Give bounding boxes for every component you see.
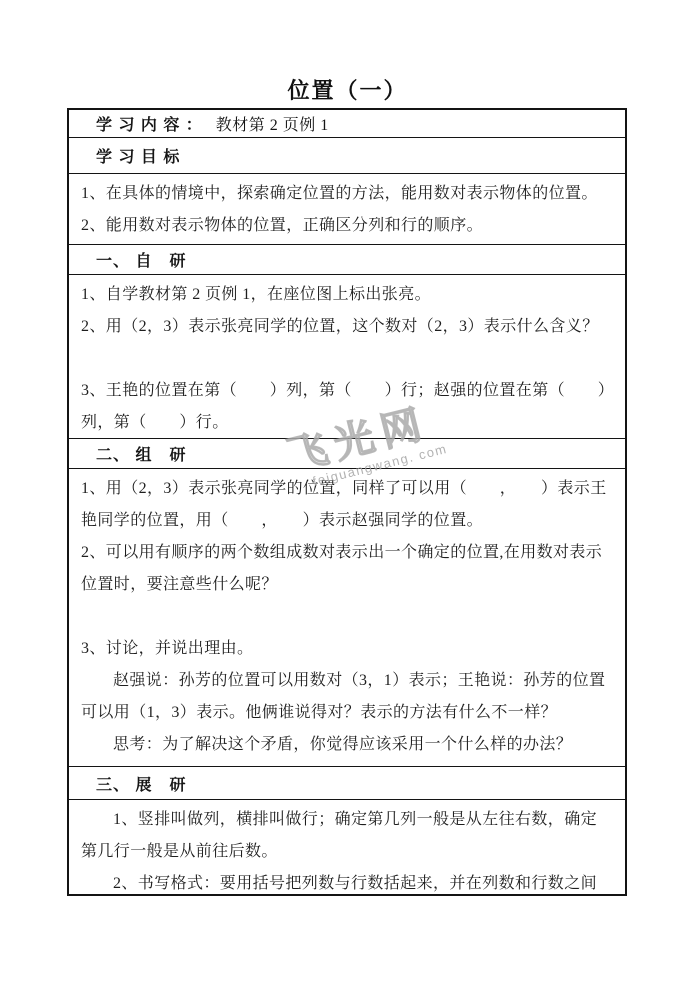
section3-header-label: 三、 展 研: [96, 772, 186, 795]
learning-goal-header-label: 学 习 目 标: [96, 144, 180, 167]
section1-item-3: 3、王艳的位置在第（ ）列，第（ ）行；赵强的位置在第（ ）列，第（ ）行。: [81, 375, 613, 439]
section3-item-2: 2、书写格式：要用括号把列数与行数括起来，并在列数和行数之间写个逗: [81, 868, 613, 898]
section1-item-2: 2、用（2，3）表示张亮同学的位置，这个数对（2，3）表示什么含义？: [81, 311, 613, 343]
learning-content-value: 教材第 2 页例 1: [216, 112, 329, 135]
section2-header-row: 二、 组 研: [69, 439, 625, 469]
section2-item-2: 2、可以用有顺序的两个数组成数对表示出一个确定的位置,在用数对表示位置时，要注意…: [81, 537, 613, 601]
learning-goal-header-row: 学 习 目 标: [69, 138, 625, 174]
section2-header-label: 二、 组 研: [96, 442, 186, 465]
section2-item-1: 1、用（2，3）表示张亮同学的位置，同样了可以用（ ， ）表示王艳同学的位置，用…: [81, 473, 613, 537]
section2-item-4: 赵强说：孙芳的位置可以用数对（3，1）表示；王艳说：孙芳的位置可以用（1，3）表…: [81, 665, 613, 729]
section2-item-3: 3、讨论，并说出理由。: [81, 633, 613, 665]
section1-item-1: 1、自学教材第 2 页例 1，在座位图上标出张亮。: [81, 279, 613, 311]
section1-header-row: 一、 自 研: [69, 245, 625, 275]
section3-header-row: 三、 展 研: [69, 767, 625, 800]
section3-item-1: 1、竖排叫做列，横排叫做行；确定第几列一般是从左往右数，确定第几行一般是从前往后…: [81, 804, 613, 868]
page-title: 位置（一）: [0, 74, 695, 105]
goal-item-1: 1、在具体的情境中，探索确定位置的方法，能用数对表示物体的位置。: [81, 178, 613, 210]
section2-body-row: 1、用（2，3）表示张亮同学的位置，同样了可以用（ ， ）表示王艳同学的位置，用…: [69, 469, 625, 767]
learning-content-label: 学 习 内 容 ：: [96, 112, 203, 135]
section1-header-label: 一、 自 研: [96, 248, 186, 271]
goal-item-2: 2、能用数对表示物体的位置，正确区分列和行的顺序。: [81, 210, 613, 242]
learning-goal-body-row: 1、在具体的情境中，探索确定位置的方法，能用数对表示物体的位置。 2、能用数对表…: [69, 174, 625, 245]
lesson-plan-table: 学 习 内 容 ： 教材第 2 页例 1 学 习 目 标 1、在具体的情境中，探…: [67, 108, 627, 896]
learning-content-row: 学 习 内 容 ： 教材第 2 页例 1: [69, 110, 625, 138]
section2-item-5: 思考：为了解决这个矛盾，你觉得应该采用一个什么样的办法？: [81, 729, 613, 761]
section3-body-row: 1、竖排叫做列，横排叫做行；确定第几列一般是从左往右数，确定第几行一般是从前往后…: [69, 800, 625, 898]
section1-body-row: 1、自学教材第 2 页例 1，在座位图上标出张亮。 2、用（2，3）表示张亮同学…: [69, 275, 625, 439]
